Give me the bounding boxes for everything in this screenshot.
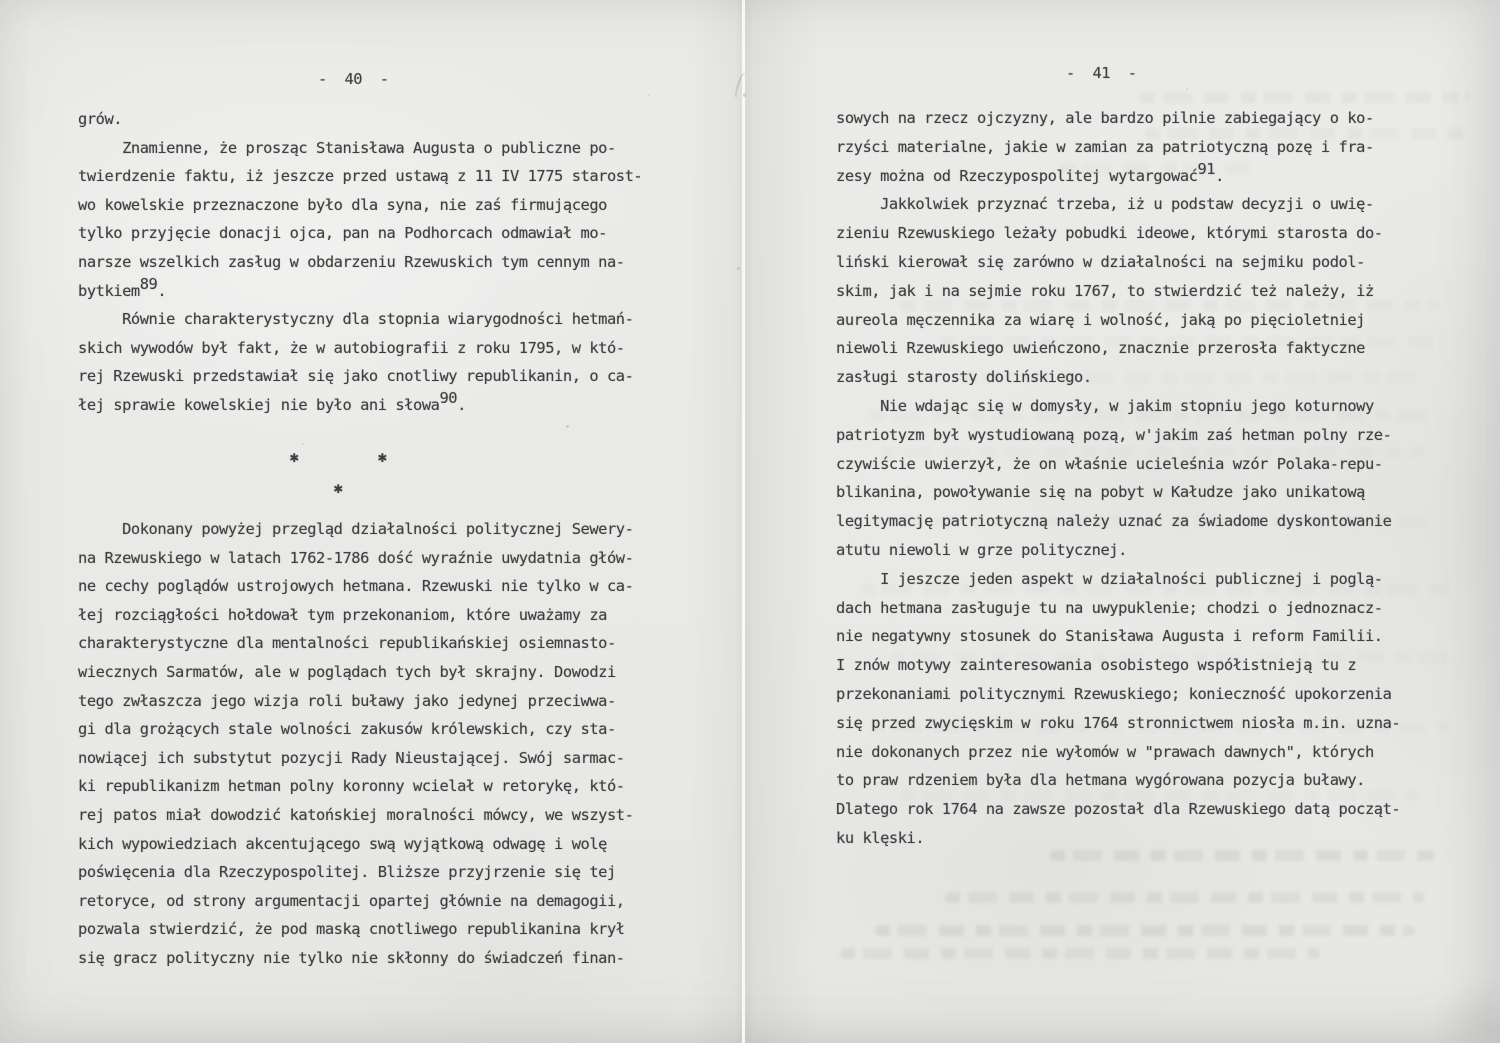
footnote-superscript: 89 bbox=[140, 275, 158, 293]
text-line: ne cechy poglądów ustrojowych hetmana. R… bbox=[78, 577, 633, 606]
text-line: blikanina, powoływanie się na pobyt w Ka… bbox=[836, 483, 1400, 512]
page-40-paragraphs-top: grów. Znamienne, że prosząc Stanisława A… bbox=[78, 110, 642, 425]
text-line: dach hetmana zasługuje tu na uwypuklenie… bbox=[836, 599, 1400, 628]
text-line: ✱ bbox=[78, 479, 387, 510]
page-41-paragraphs: sowych na rzecz ojczyzny, ale bardzo pil… bbox=[836, 109, 1400, 858]
text-line: nie negatywny stosunek do Stanisława Aug… bbox=[836, 627, 1400, 656]
text-line: kich wypowiedziach akcentującego swą wyj… bbox=[78, 835, 633, 864]
text-line: to praw rdzeniem była dla hetmana wygóro… bbox=[836, 771, 1400, 800]
text-line: tego zwłaszcza jego wizja roli buławy ja… bbox=[78, 692, 633, 721]
text-line: retoryce, od strony argumentacji opartej… bbox=[78, 892, 633, 921]
text-line: I znów motywy zainteresowania osobistego… bbox=[836, 656, 1400, 685]
gutter-shadow-left bbox=[688, 0, 742, 1043]
text-line: atutu niewoli w grze politycznej. bbox=[836, 541, 1400, 570]
text-line: rej Rzewuski przedstawiał się jako cnotl… bbox=[78, 367, 642, 396]
text-line: ✱ ✱ bbox=[78, 448, 387, 479]
gutter-shadow-right bbox=[745, 0, 820, 1043]
text-line: pozwala stwierdzić, że pod maską cnotliw… bbox=[78, 920, 633, 949]
text-line: niewoli Rzewuskiego uwieńczono, znacznie… bbox=[836, 339, 1400, 368]
text-line: nowiącej ich substytut pozycji Rady Nieu… bbox=[78, 749, 633, 778]
footnote-superscript: 91 bbox=[1197, 160, 1215, 178]
text-line: Znamienne, że prosząc Stanisława Augusta… bbox=[78, 139, 642, 168]
text-line: bytkiem89. bbox=[78, 282, 642, 311]
text-line: aureola męczennika za wiarę i wolność, j… bbox=[836, 311, 1400, 340]
text-line: I jeszcze jeden aspekt w działalności pu… bbox=[836, 570, 1400, 599]
page-number-left: - 40 - bbox=[318, 70, 389, 88]
text-line: rej patos miał dowodzić katońskiej moral… bbox=[78, 806, 633, 835]
text-line: skim, jak i na sejmie roku 1767, to stwi… bbox=[836, 282, 1400, 311]
text-line: Równie charakterystyczny dla stopnia wia… bbox=[78, 310, 642, 339]
scan-corner-shadow bbox=[1428, 975, 1500, 1043]
footnote-superscript: 90 bbox=[439, 389, 457, 407]
text-line: twierdzenie faktu, iż jeszcze przed usta… bbox=[78, 167, 642, 196]
section-separator-asterisks: ✱ ✱ ✱ bbox=[78, 448, 387, 510]
text-line: grów. bbox=[78, 110, 642, 139]
text-line: Dokonany powyżej przegląd działalności p… bbox=[78, 520, 633, 549]
book-scan-spread: - 40 - grów. Znamienne, że prosząc Stani… bbox=[0, 0, 1500, 1043]
text-line: Nie wdając się w domysły, w jakim stopni… bbox=[836, 397, 1400, 426]
text-line: ki republikanizm hetman polny koronny wc… bbox=[78, 777, 633, 806]
text-line: patriotyzm był wystudiowaną pozą, w'jaki… bbox=[836, 426, 1400, 455]
text-line: Dlatego rok 1764 na zawsze pozostał dla … bbox=[836, 800, 1400, 829]
text-line: przekonaniami politycznymi Rzewuskiego; … bbox=[836, 685, 1400, 714]
text-line: rzyści materialne, jakie w zamian za pat… bbox=[836, 138, 1400, 167]
text-line: się przed zwycięskim w roku 1764 stronni… bbox=[836, 714, 1400, 743]
text-line: zieniu Rzewuskiego leżały pobudki ideowe… bbox=[836, 224, 1400, 253]
text-line: sowych na rzecz ojczyzny, ale bardzo pil… bbox=[836, 109, 1400, 138]
text-line: zesy można od Rzeczypospolitej wytargowa… bbox=[836, 167, 1400, 196]
text-line: Jakkolwiek przyznać trzeba, iż u podstaw… bbox=[836, 195, 1400, 224]
text-line: łej sprawie kowelskiej nie było ani słow… bbox=[78, 396, 642, 425]
text-line: się gracz polityczny nie tylko nie skłon… bbox=[78, 949, 633, 978]
text-line: wiecznych Sarmatów, ale w poglądach tych… bbox=[78, 663, 633, 692]
text-line: na Rzewuskiego w latach 1762-1786 dość w… bbox=[78, 549, 633, 578]
text-line: tylko przyjęcie donacji ojca, pan na Pod… bbox=[78, 224, 642, 253]
text-line: legitymację patriotyczną należy uznać za… bbox=[836, 512, 1400, 541]
text-line: poświęcenia dla Rzeczypospolitej. Bliższ… bbox=[78, 863, 633, 892]
text-line: narsze wszelkich zasług w obdarzeniu Rze… bbox=[78, 253, 642, 282]
text-line: liński kierował się zarówno w działalnoś… bbox=[836, 253, 1400, 282]
text-line: skich wywodów był fakt, że w autobiograf… bbox=[78, 339, 642, 368]
text-line: nie dokonanych przez nie wyłomów w "praw… bbox=[836, 743, 1400, 772]
gutter-crease bbox=[742, 0, 745, 1043]
text-line: ku klęski. bbox=[836, 829, 1400, 858]
text-line: charakterystyczne dla mentalności republ… bbox=[78, 634, 633, 663]
text-line: czywiście uwierzył, że on właśnie uciele… bbox=[836, 455, 1400, 484]
text-line: gi dla grożących stale wolności zakusów … bbox=[78, 720, 633, 749]
page-number-right: - 41 - bbox=[1066, 64, 1137, 82]
text-line: łej rozciągłości hołdował tym przekonani… bbox=[78, 606, 633, 635]
text-line: wo kowelskie przeznaczone było dla syna,… bbox=[78, 196, 642, 225]
page-40-paragraphs-bottom: Dokonany powyżej przegląd działalności p… bbox=[78, 520, 633, 978]
text-line: zasługi starosty dolińskiego. bbox=[836, 368, 1400, 397]
